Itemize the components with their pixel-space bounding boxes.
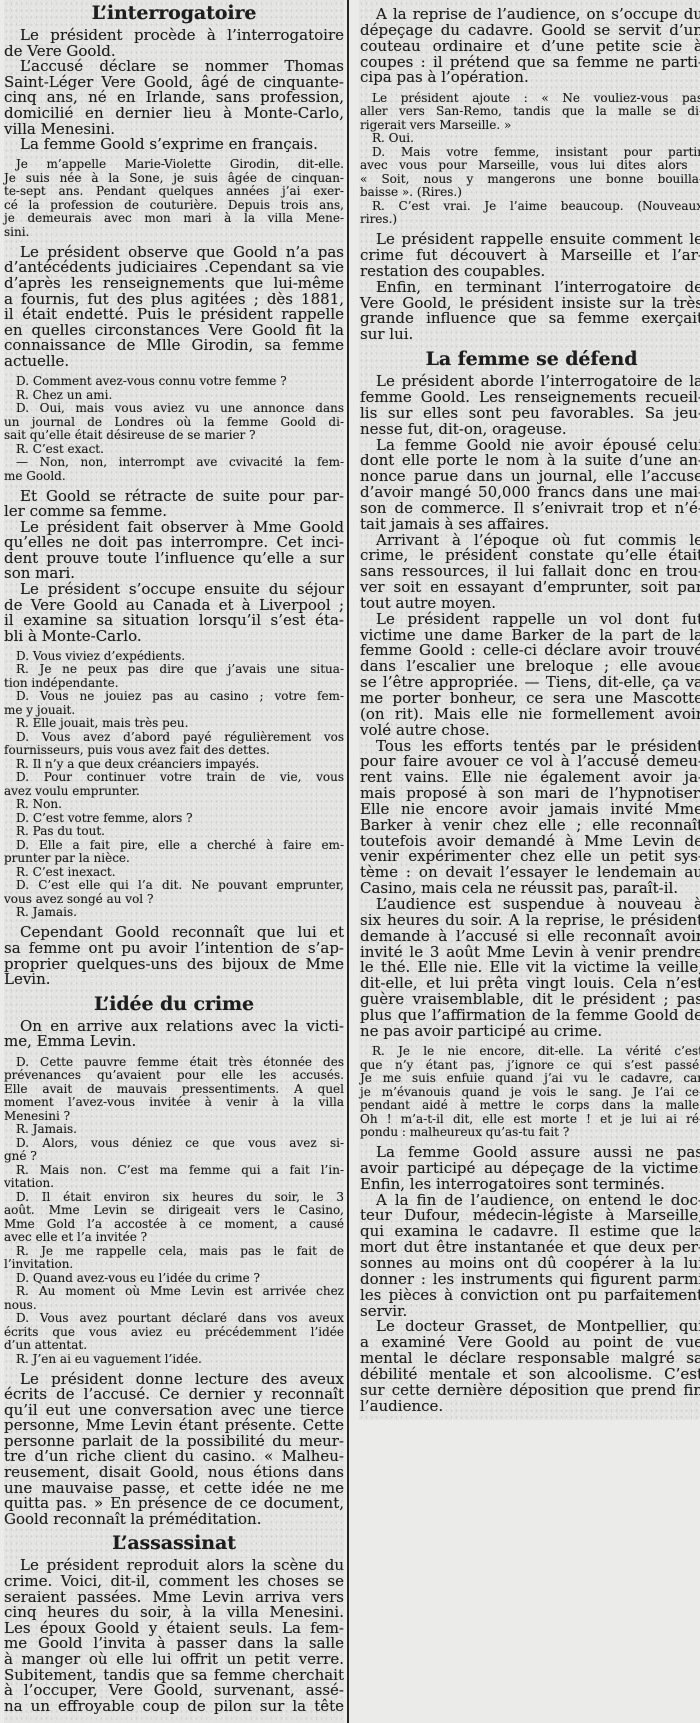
text-line: R. C’est vrai. Je l’aime beaucoup. (Nouv… (360, 200, 700, 214)
text-line: que n’y étant pas, j’ignore ce qui s’est… (360, 1059, 700, 1073)
paragraph: R. Au moment où Mme Levin est arrivée ch… (4, 1285, 344, 1312)
paragraph: Enfin, en terminant l’interrogatoire deV… (360, 280, 700, 343)
text-line: R. Chez un ami. (4, 389, 344, 403)
text-line: avez voulu emprunter. (4, 785, 344, 799)
text-line: fournisseurs, puis vous avez fait des de… (4, 744, 344, 758)
text-line: d’un attentat. (4, 1339, 344, 1353)
paragraph: Je m’appelle Marie-Violette Girodin, dit… (4, 158, 344, 239)
text-line: me, Emma Levin. (4, 1034, 344, 1050)
text-line: D. Pour continuer votre train de vie, vo… (4, 771, 344, 785)
text-line: l’audience. (360, 1399, 700, 1415)
text-line: je demeurais avec mon mari à la villa Me… (4, 212, 344, 226)
text-line: D. Vous avez d’abord payé régulièrement … (4, 731, 344, 745)
paragraph: Tous les efforts tentés par le président… (360, 739, 700, 897)
text-line: D. Oui, mais vous aviez vu une annonce d… (4, 402, 344, 416)
paragraph: Arrivant à l’époque où fut commis lecrim… (360, 533, 700, 612)
paragraph: R. Jamais. (4, 1123, 344, 1137)
body-text-block: Le président observe que Goold n’a pasd’… (4, 245, 344, 370)
paragraph: R. Il n’y a que deux créanciers impayés. (4, 758, 344, 772)
text-line: R. Au moment où Mme Levin est arrivée ch… (4, 1285, 344, 1299)
body-text-block: Cependant Goold reconnaît que lui etsa f… (4, 925, 344, 987)
paragraph: R. C’est exact. (4, 443, 344, 457)
text-line: R. Je ne peux pas dire que j’avais une s… (4, 663, 344, 677)
paragraph: Le président reproduit alors la scène du… (4, 1558, 344, 1714)
text-line: pendant aidé à mettre le corps dans la m… (360, 1099, 700, 1113)
paragraph: R. Mais non. C’est ma femme qui a fait l… (4, 1164, 344, 1191)
text-line: Elle avait de mauvais pressentiments. A … (4, 1083, 344, 1097)
paragraph: R. J’en ai eu vaguement l’idée. (4, 1353, 344, 1367)
text-line: moment l’avez-vous invitée à venir à la … (4, 1096, 344, 1110)
paragraph: La femme Goold assure aussi ne pasavoir … (360, 1145, 700, 1193)
section-heading: La femme se défend (360, 346, 700, 372)
text-line: R. Jamais. (4, 1123, 344, 1137)
text-line: D. Mais votre femme, insistant pour part… (360, 146, 700, 160)
text-line: R. Il n’y a que deux créanciers impayés. (4, 758, 344, 772)
dialogue-block: D. Comment avez-vous connu votre femme ?… (4, 375, 344, 483)
paragraph: La femme Goold nie avoir épousé celuidon… (360, 438, 700, 533)
paragraph: On en arrive aux relations avec la victi… (4, 1019, 344, 1050)
newspaper-page: L’interrogatoireLe président procède à l… (0, 0, 700, 1723)
text-line: « Soit, nous y mangerons une bonne bouil… (360, 173, 700, 187)
text-line: août. Mme Levin se dirigeait vers le Cas… (4, 1204, 344, 1218)
text-line: cipa pas à l’opération. (360, 70, 700, 86)
text-line: avec vous pour Marseille, vous lui dites… (360, 159, 700, 173)
text-line: R. J’en ai eu vaguement l’idée. (4, 1353, 344, 1367)
text-line: aller vers San-Remo, tandis que la malle… (360, 105, 700, 119)
text-line: — Non, non, interrompt ave cvivacité la … (4, 456, 344, 470)
section-heading: L’idée du crime (4, 991, 344, 1017)
paragraph: D. Elle a fait pire, elle a cherché à fa… (4, 839, 344, 866)
paragraph: D. Il était environ six heures du soir, … (4, 1191, 344, 1245)
text-line: R. C’est inexact. (4, 866, 344, 880)
paragraph: R. Je ne peux pas dire que j’avais une s… (4, 663, 344, 690)
body-text-block: La femme Goold assure aussi ne pasavoir … (360, 1145, 700, 1414)
paragraph: Le président fait observer à Mme Gooldqu… (4, 520, 344, 582)
body-text-block: Le président donne lecture des aveuxécri… (4, 1372, 344, 1528)
text-line: D. Vous viviez d’expédients. (4, 650, 344, 664)
dialogue-block: R. Je le nie encore, dit-elle. La vérité… (360, 1045, 700, 1140)
paragraph: L’audience est suspendue à nouveau àsix … (360, 897, 700, 1040)
text-line: les pièces à conviction ont pu parfaitem… (360, 1288, 700, 1304)
paragraph: R. C’est inexact. (4, 866, 344, 880)
paragraph: Le président procède à l’interrogatoired… (4, 28, 344, 59)
text-line: avec elle et l’a invitée ? (4, 1231, 344, 1245)
text-line: écrits que vous aviez eu précédemment l’… (4, 1326, 344, 1340)
text-line: vitation. (4, 1177, 344, 1191)
text-line: vous avez songé au vol ? (4, 893, 344, 907)
text-line: sait qu’elle était désireuse de se marie… (4, 429, 344, 443)
text-line: baisse ». (Rires.) (360, 186, 700, 200)
body-text-block: Et Goold se rétracte de suite pour par-l… (4, 489, 344, 645)
paragraph: R. Elle jouait, mais très peu. (4, 717, 344, 731)
paragraph: R. Jamais. (4, 906, 344, 920)
text-line: R. Elle jouait, mais très peu. (4, 717, 344, 731)
paragraph: R. Pas du tout. (4, 825, 344, 839)
paragraph: L’accusé déclare se nommer ThomasSaint-L… (4, 59, 344, 137)
text-line: R. Pas du tout. (4, 825, 344, 839)
text-line: Oh ! m’a-t-il dit, elle est morte ! et j… (360, 1113, 700, 1127)
paragraph: R. Oui. (360, 132, 700, 146)
paragraph: A la fin de l’audience, on entend le doc… (360, 1193, 700, 1320)
paragraph: D. Vous viviez d’expédients. (4, 650, 344, 664)
text-line: tion indépendante. (4, 677, 344, 691)
text-line: R. C’est exact. (4, 443, 344, 457)
text-line: un journal de Londres où la femme Goold … (4, 416, 344, 430)
text-line: nous. (4, 1299, 344, 1313)
text-line: Je m’appelle Marie-Violette Girodin, dit… (4, 158, 344, 172)
text-line: D. Comment avez-vous connu votre femme ? (4, 375, 344, 389)
paragraph: D. Comment avez-vous connu votre femme ? (4, 375, 344, 389)
text-line: sur lui. (360, 327, 700, 343)
paragraph: Le président s’occupe ensuite du séjourd… (4, 582, 344, 644)
text-line: D. Il était environ six heures du soir, … (4, 1191, 344, 1205)
text-line: ne pas avoir participé au crime. (360, 1024, 700, 1040)
paragraph: Et Goold se rétracte de suite pour par-l… (4, 489, 344, 520)
paragraph: Le président aborde l’interrogatoire de … (360, 374, 700, 437)
text-line: Menesini ? (4, 1110, 344, 1124)
paragraph: D. C’est votre femme, alors ? (4, 812, 344, 826)
text-line: rires.) (360, 213, 700, 227)
text-line: D. C’est elle qui l’a dit. Ne pouvant em… (4, 879, 344, 893)
dialogue-block: D. Vous viviez d’expédients.R. Je ne peu… (4, 650, 344, 920)
text-line: te-sept ans. Pendant quelques années j’a… (4, 185, 344, 199)
text-line: D. Vous ne jouiez pas au casino ; votre … (4, 690, 344, 704)
text-line: D. Cette pauvre femme était très étonnée… (4, 1056, 344, 1070)
dialogue-block: Le président ajoute : « Ne vouliez-vous … (360, 92, 700, 227)
paragraph: D. Alors, vous déniez ce que vous avez s… (4, 1137, 344, 1164)
body-text-block: Le président reproduit alors la scène du… (4, 1558, 344, 1714)
paragraph: R. C’est vrai. Je l’aime beaucoup. (Nouv… (360, 200, 700, 227)
body-text-block: Le président procède à l’interrogatoired… (4, 28, 344, 153)
section-heading: L’interrogatoire (4, 0, 344, 26)
text-line: R. Non. (4, 798, 344, 812)
section-heading: L’assassinat (4, 1530, 344, 1556)
paragraph: A la reprise de l’audience, on s’occupe … (360, 7, 700, 86)
paragraph: D. Vous avez pourtant déclaré dans vos a… (4, 1312, 344, 1353)
text-line: Le président ajoute : « Ne vouliez-vous … (360, 92, 700, 106)
paragraph: R. Non. (4, 798, 344, 812)
text-line: Je me suis enfuie quand j’ai vu le cadav… (360, 1072, 700, 1086)
column-rule (347, 0, 349, 1723)
text-line: D. Alors, vous déniez ce que vous avez s… (4, 1137, 344, 1151)
text-line: rigerait vers Marseille. » (360, 119, 700, 133)
paragraph: R. Je le nie encore, dit-elle. La vérité… (360, 1045, 700, 1140)
paragraph: Le président rappelle ensuite comment le… (360, 232, 700, 280)
text-line: prévenances qu’avaient pour elle les acc… (4, 1069, 344, 1083)
paragraph: Le président observe que Goold n’a pasd’… (4, 245, 344, 370)
text-line: bli à Monte-Carlo. (4, 629, 344, 645)
text-line: R. Jamais. (4, 906, 344, 920)
text-line: Levin. (4, 972, 344, 988)
column-left: L’interrogatoireLe président procède à l… (4, 0, 344, 1723)
text-line: Mme Gold l’a accostée à ce moment, a cau… (4, 1218, 344, 1232)
paragraph: D. C’est elle qui l’a dit. Ne pouvant em… (4, 879, 344, 906)
paragraph: Le président donne lecture des aveuxécri… (4, 1372, 344, 1528)
text-line: me Goold. (4, 470, 344, 484)
text-line: R. Mais non. C’est ma femme qui a fait l… (4, 1164, 344, 1178)
text-line: R. Je me rappelle cela, mais pas le fait… (4, 1245, 344, 1259)
body-text-block: On en arrive aux relations avec la victi… (4, 1019, 344, 1050)
text-line: D. C’est votre femme, alors ? (4, 812, 344, 826)
text-line: R. Oui. (360, 132, 700, 146)
dialogue-block: D. Cette pauvre femme était très étonnée… (4, 1056, 344, 1367)
paragraph: — Non, non, interrompt ave cvivacité la … (4, 456, 344, 483)
body-text-block: A la reprise de l’audience, on s’occupe … (360, 7, 700, 86)
paragraph: Cependant Goold reconnaît que lui etsa f… (4, 925, 344, 987)
text-line: pondu : malheureux qu’as-tu fait ? (360, 1126, 700, 1140)
paragraph: D. Mais votre femme, insistant pour part… (360, 146, 700, 200)
paragraph: La femme Goold s’exprime en français. (4, 137, 344, 153)
paragraph: Le docteur Grasset, de Montpellier, quia… (360, 1319, 700, 1414)
paragraph: D. Oui, mais vous aviez vu une annonce d… (4, 402, 344, 443)
text-line: Goold reconnaît la préméditation. (4, 1512, 344, 1528)
text-line: La femme Goold s’exprime en français. (4, 137, 344, 153)
column-right: A la reprise de l’audience, on s’occupe … (359, 0, 700, 1420)
text-line: proprier quelques-uns des bijoux de Mme (4, 957, 344, 973)
body-text-block: Le président aborde l’interrogatoire de … (360, 374, 700, 1039)
dialogue-block: Je m’appelle Marie-Violette Girodin, dit… (4, 158, 344, 239)
text-line: sini. (4, 226, 344, 240)
paragraph: R. Chez un ami. (4, 389, 344, 403)
text-line: actuelle. (4, 354, 344, 370)
text-line: gné ? (4, 1150, 344, 1164)
body-text-block: Le président rappelle ensuite comment le… (360, 232, 700, 343)
text-line: D. Vous avez pourtant déclaré dans vos a… (4, 1312, 344, 1326)
paragraph: D. Quand avez-vous eu l’idée du crime ? (4, 1272, 344, 1286)
paragraph: Le président ajoute : « Ne vouliez-vous … (360, 92, 700, 133)
text-line: R. Je le nie encore, dit-elle. La vérité… (360, 1045, 700, 1059)
paragraph: Le président rappelle un vol dont futvic… (360, 612, 700, 739)
paragraph: D. Cette pauvre femme était très étonnée… (4, 1056, 344, 1124)
paragraph: D. Vous ne jouiez pas au casino ; votre … (4, 690, 344, 717)
paragraph: D. Vous avez d’abord payé régulièrement … (4, 731, 344, 758)
text-line: na un effroyable coup de pilon sur la tê… (4, 1699, 344, 1715)
text-line: l’invitation. (4, 1258, 344, 1272)
paragraph: R. Je me rappelle cela, mais pas le fait… (4, 1245, 344, 1272)
text-line: prunter par la nièce. (4, 852, 344, 866)
text-line: D. Quand avez-vous eu l’idée du crime ? (4, 1272, 344, 1286)
paragraph: D. Pour continuer votre train de vie, vo… (4, 771, 344, 798)
